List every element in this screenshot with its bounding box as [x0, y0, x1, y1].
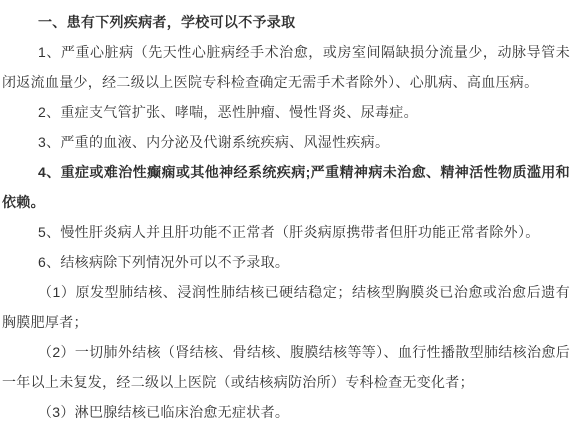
- paragraph-item-6: 6、结核病除下列情况外可以不予录取。: [2, 247, 570, 277]
- paragraph-item-1: 1、严重心脏病（先天性心脏病经手术治愈，或房室间隔缺损分流量少，动脉导管未闭返流…: [2, 37, 570, 97]
- paragraph-item-5: 5、慢性肝炎病人并且肝功能不正常者（肝炎病原携带者但肝功能正常者除外）。: [2, 217, 570, 247]
- paragraph-item-4: 4、重症或难治性癫痫或其他神经系统疾病;严重精神病未治愈、精神活性物质滥用和依赖…: [2, 157, 570, 217]
- document-heading: 一、患有下列疾病者，学校可以不予录取: [2, 7, 570, 37]
- paragraph-item-3: 3、严重的血液、内分泌及代谢系统疾病、风湿性疾病。: [2, 127, 570, 157]
- document-page: 一、患有下列疾病者，学校可以不予录取 1、严重心脏病（先天性心脏病经手术治愈，或…: [0, 0, 572, 444]
- paragraph-item-2: 2、重症支气管扩张、哮喘，恶性肿瘤、慢性肾炎、尿毒症。: [2, 97, 570, 127]
- paragraph-subitem-3: （3）淋巴腺结核已临床治愈无症状者。: [2, 397, 570, 427]
- paragraph-subitem-1: （1）原发型肺结核、浸润性肺结核已硬结稳定；结核型胸膜炎已治愈或治愈后遗有胸膜肥…: [2, 277, 570, 337]
- paragraph-subitem-2: （2）一切肺外结核（肾结核、骨结核、腹膜结核等等）、血行性播散型肺结核治愈后一年…: [2, 337, 570, 397]
